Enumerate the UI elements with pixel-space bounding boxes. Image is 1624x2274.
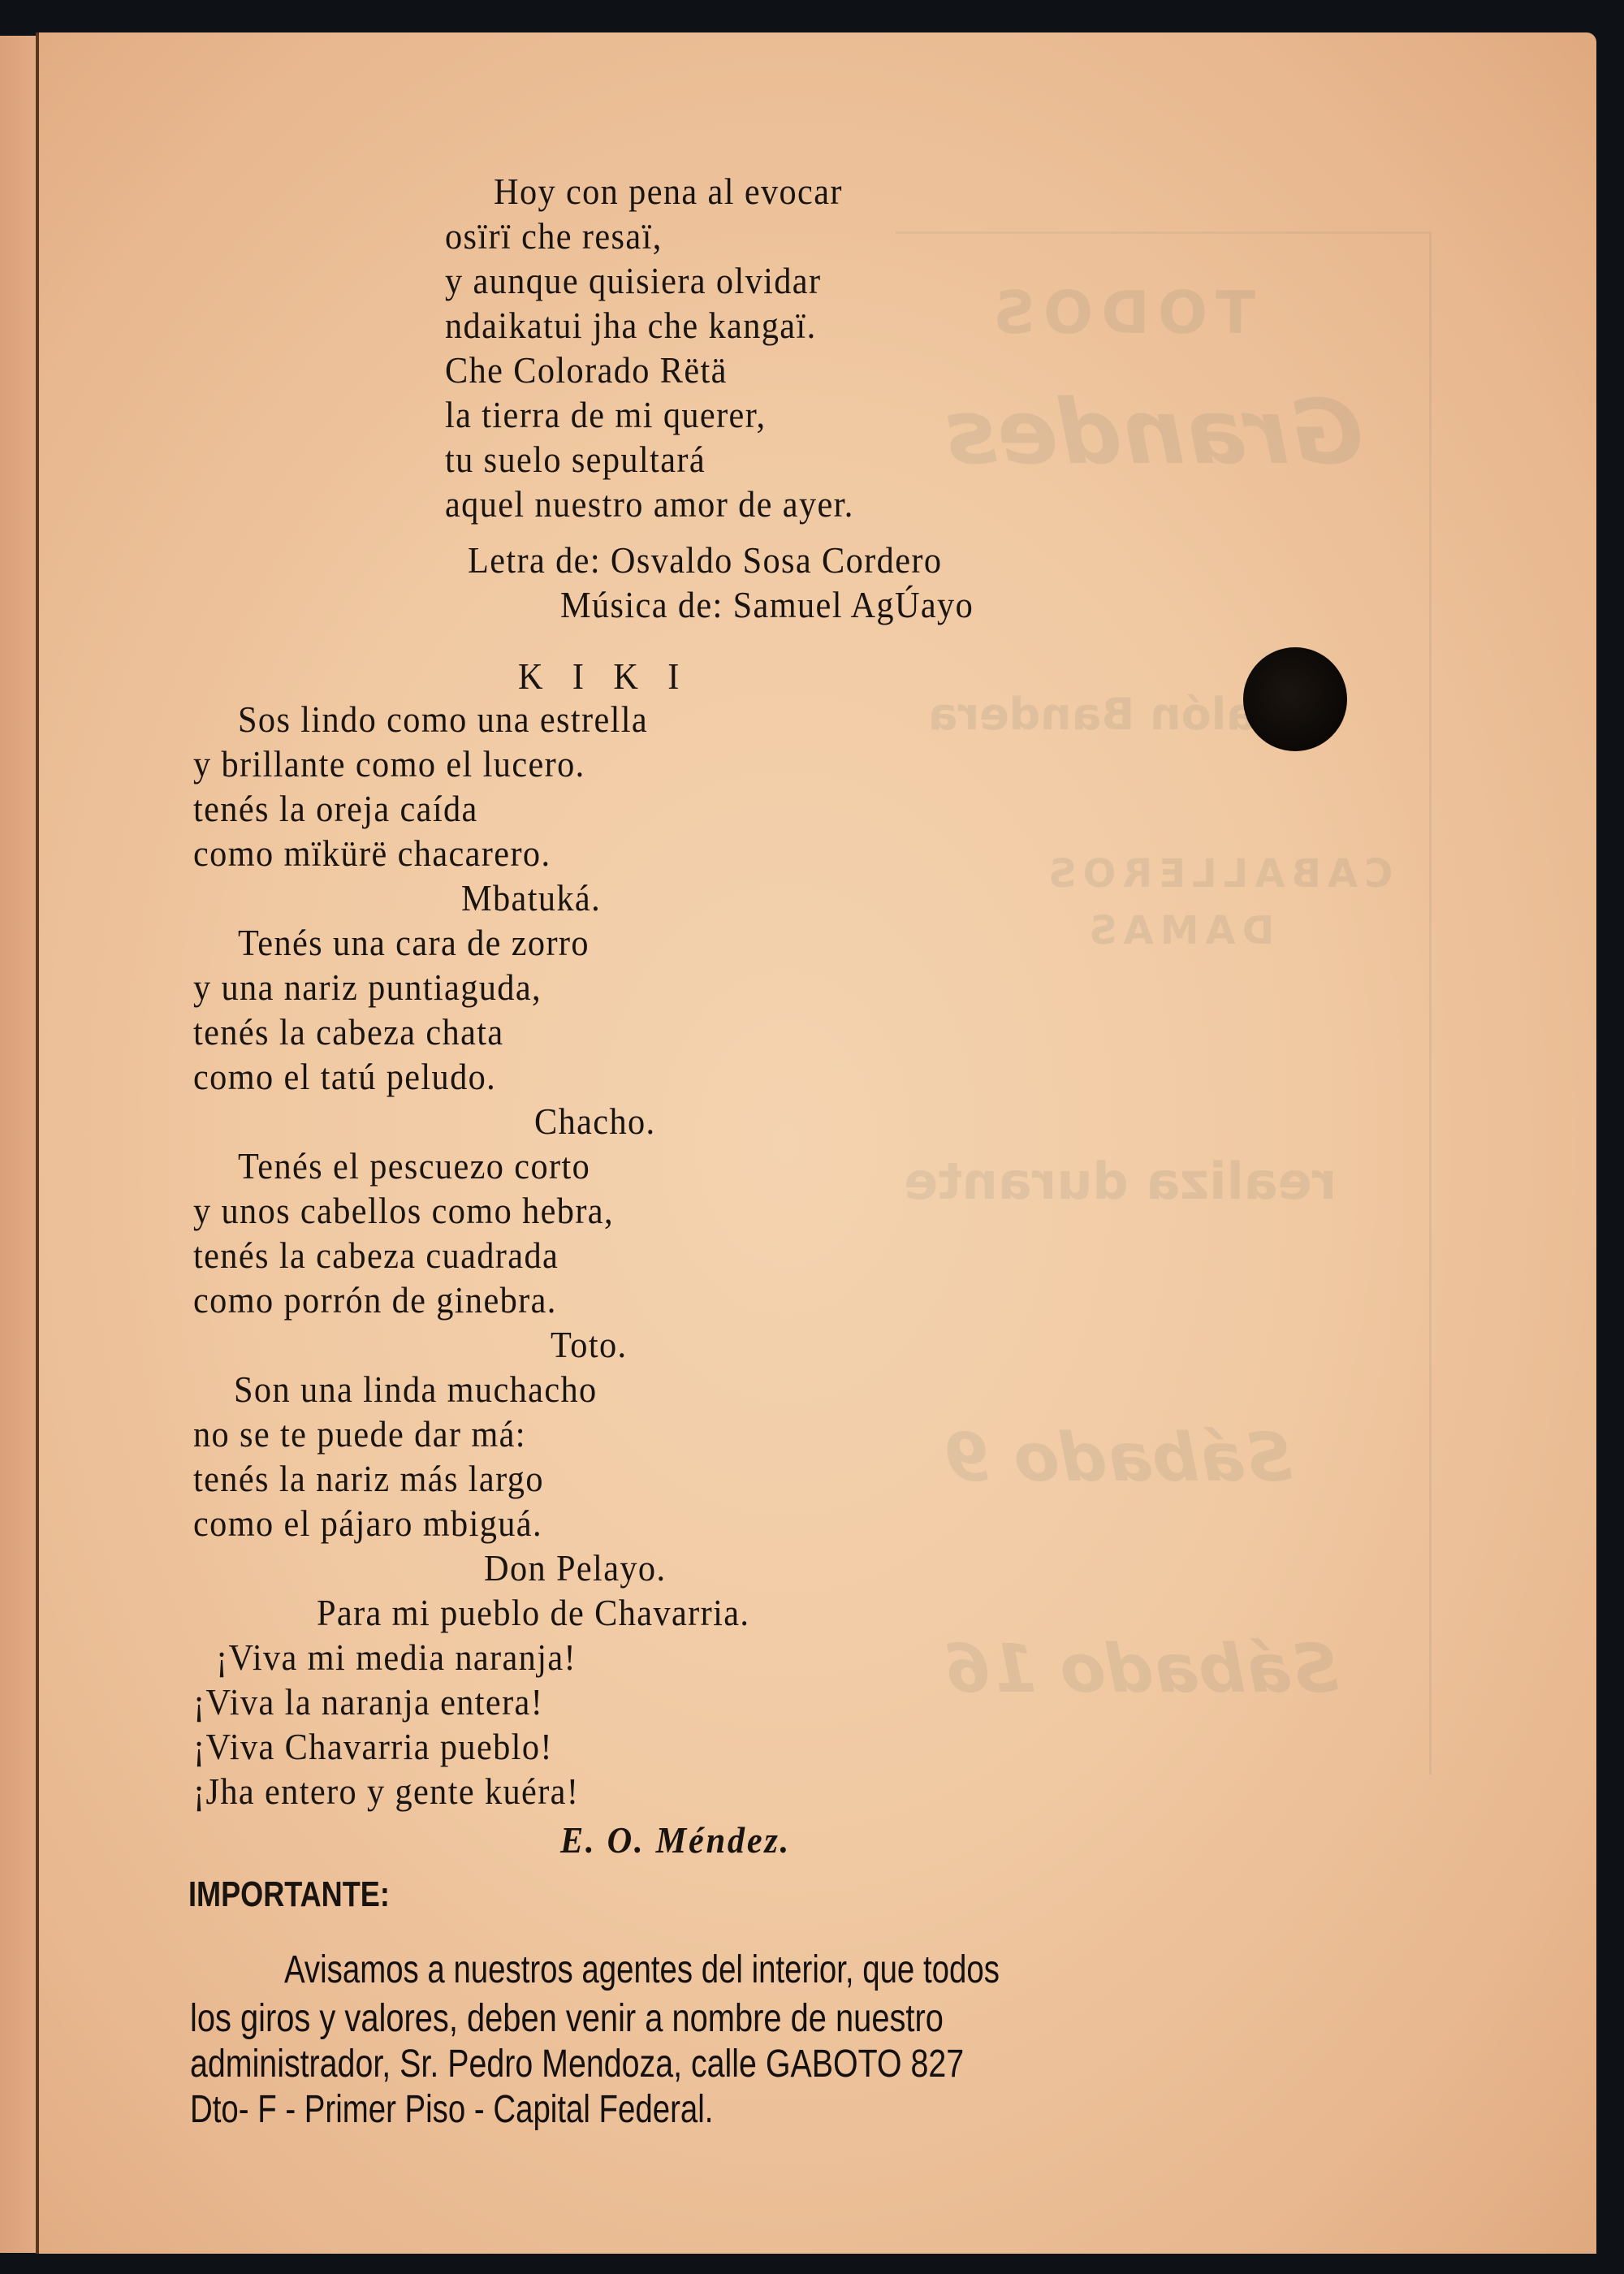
stanza-dedication: Chacho. [534, 1099, 656, 1144]
show-through-text: CABALLEROS [1042, 851, 1393, 897]
poem-line: Sos lindo como una estrella [238, 697, 648, 742]
poem-line: como el tatú peludo. [193, 1054, 496, 1100]
notice-title: IMPORTANTE: [188, 1874, 390, 1915]
show-through-text: TODOS [985, 279, 1255, 347]
poem-line: ¡Jha entero y gente kuéra! [193, 1769, 579, 1814]
show-through-text: DAMAS [1082, 908, 1274, 953]
notice-line: Avisamos a nuestros agentes del interior… [284, 1948, 1000, 1992]
poem-line: la tierra de mi querer, [445, 392, 766, 438]
poem-line: aquel nuestro amor de ayer. [445, 482, 854, 527]
poem-line: como porrón de ginebra. [193, 1278, 557, 1323]
poem-line: como el pájaro mbiguá. [193, 1501, 542, 1546]
poem-line: Para mi pueblo de Chavarria. [317, 1590, 749, 1636]
show-through-text: Sábado 9 [944, 1420, 1293, 1497]
poem-line: como mïkürë chacarero. [193, 831, 551, 876]
music-credit: Música de: Samuel AgÚayo [560, 582, 974, 628]
poem-line: y aunque quisiera olvidar [445, 258, 821, 304]
poem-line: ¡Viva mi media naranja! [216, 1635, 577, 1680]
poem-line: Hoy con pena al evocar [494, 169, 843, 214]
poem-line: Tenés una cara de zorro [238, 920, 590, 966]
notice-line: administrador, Sr. Pedro Mendoza, calle … [190, 2042, 964, 2086]
notice-line: Dto- F - Primer Piso - Capital Federal. [190, 2087, 713, 2132]
show-through-box: TODOS Grandes Salón Bandera CABALLEROS D… [896, 231, 1432, 1775]
poem-line: y unos cabellos como hebra, [193, 1188, 614, 1234]
stanza-dedication: Don Pelayo. [484, 1546, 666, 1591]
poem-title: K I K I [518, 654, 689, 699]
poem-line: tenés la cabeza cuadrada [193, 1233, 559, 1278]
show-through-text: realiza durante [904, 1152, 1337, 1211]
poem-line: tu suelo sepultará [445, 437, 706, 482]
stanza-dedication: Toto. [551, 1322, 627, 1368]
poem-line: osïrï che resaï, [445, 214, 663, 259]
poem-line: no se te puede dar má: [193, 1412, 526, 1457]
stanza-dedication: Mbatuká. [461, 875, 601, 921]
poem-line: tenés la nariz más largo [193, 1456, 544, 1502]
lyrics-credit: Letra de: Osvaldo Sosa Cordero [468, 538, 942, 583]
poem-line: tenés la oreja caída [193, 786, 478, 832]
poem-line: ndaikatui jha che kangaï. [445, 303, 817, 348]
poem-line: y una nariz puntiaguda, [193, 965, 542, 1010]
poem-line: y brillante como el lucero. [193, 741, 585, 787]
poem-line: Che Colorado Rëtä [445, 348, 728, 393]
poem-line: ¡Viva la naranja entera! [193, 1680, 543, 1725]
poem-line: Tenés el pescuezo corto [238, 1143, 590, 1189]
previous-page-edge [0, 36, 37, 2253]
booklet-page: TODOS Grandes Salón Bandera CABALLEROS D… [36, 32, 1596, 2254]
ink-blot-dot [1243, 647, 1347, 751]
poem-line: Son una linda muchacho [234, 1367, 598, 1412]
poem-line: tenés la cabeza chata [193, 1009, 504, 1055]
show-through-text: Salón Bandera [928, 689, 1288, 740]
poem-line: ¡Viva Chavarria pueblo! [193, 1724, 553, 1770]
author-signature: E. O. Méndez. [560, 1818, 791, 1863]
notice-line: los giros y valores, deben venir a nombr… [190, 1996, 944, 2041]
show-through-text: Grandes [944, 380, 1363, 484]
show-through-text: Sábado 16 [944, 1631, 1339, 1708]
